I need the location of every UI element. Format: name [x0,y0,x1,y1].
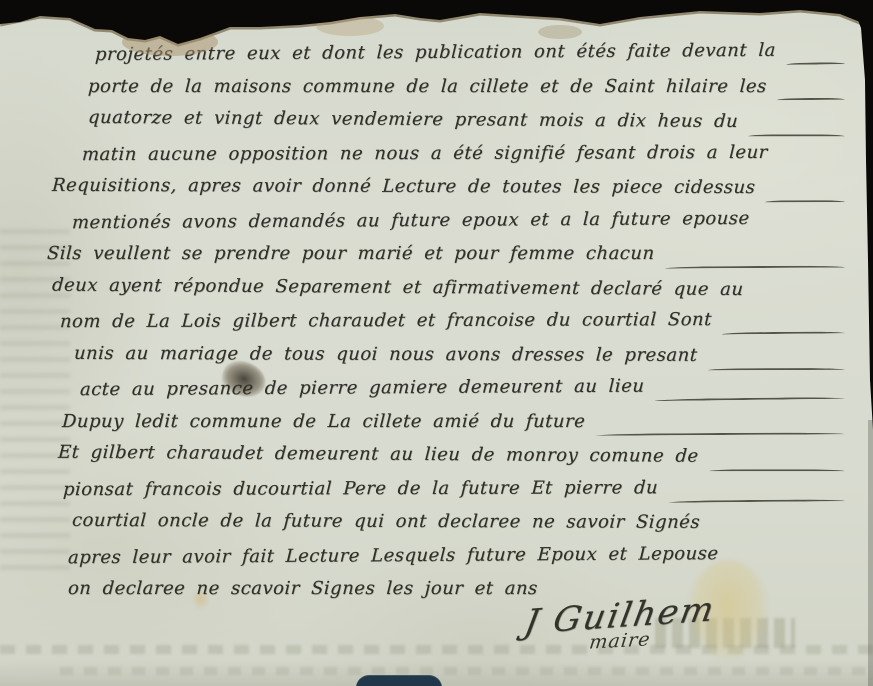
line-filler-dash [668,498,845,502]
manuscript-line-text: nom de La Lois gilbert charaudet et fran… [59,309,712,332]
manuscript-line: matin aucune opposition ne nous a été si… [0,141,847,177]
torn-paper-flap-3 [538,25,582,39]
manuscript-line-text: quatorze et vingt deux vendemiere presan… [87,107,738,132]
manuscript-line-text: mentionés avons demandés au future epoux… [71,207,750,232]
manuscript-line: Sils veullent se prendre pour marié et p… [0,243,847,277]
manuscript-line: projetés entre eux et dont les publicati… [0,39,847,78]
manuscript-line: Dupuy ledit commune de La cillete amié d… [0,411,847,445]
manuscript-line-text: Et gilbert charaudet demeurent au lieu d… [57,442,699,467]
manuscript-line: porte de la maisons commune de la cillet… [0,76,847,110]
manuscript-line-text: deux ayent répondue Separement et afirma… [51,274,744,299]
torn-paper-flap-2 [316,16,384,36]
line-filler-dash [655,396,846,400]
manuscript-line-text: pionsat francois ducourtial Pere de la f… [62,477,658,500]
manuscript-line: acte au presance de pierre gamiere demeu… [0,374,847,413]
line-filler-dash [786,62,845,65]
line-filler-dash [595,432,845,436]
manuscript-line: Et gilbert charaudet demeurent au lieu d… [0,441,847,480]
register-scan-page: projetés entre eux et dont les publicati… [0,0,873,686]
line-filler-dash [709,469,845,471]
line-filler-dash [708,367,845,369]
manuscript-line-text: porte de la maisons commune de la cillet… [87,76,767,97]
manuscript-line-text: unis au mariage de tous quoi nous avons … [73,342,698,365]
line-filler-dash [765,200,845,202]
manuscript-text-block: projetés entre eux et dont les publicati… [0,42,873,612]
manuscript-line-text: on declaree ne scavoir Signes les jour e… [67,578,538,599]
manuscript-line: mentionés avons demandés au future epoux… [0,207,847,246]
dark-top-edge [0,0,873,44]
bleedthrough-bottom-line-2 [60,667,873,675]
manuscript-line: pionsat francois ducourtial Pere de la f… [0,476,847,512]
manuscript-line: quatorze et vingt deux vendemiere presan… [0,106,847,145]
manuscript-line-text: courtial oncle de la future qui ont decl… [71,510,700,533]
manuscript-line-text: matin aucune opposition ne nous a été si… [81,141,768,164]
line-filler-dash [665,265,845,268]
manuscript-line-text: Dupuy ledit commune de La cillete amié d… [61,411,585,432]
manuscript-lines: projetés entre eux et dont les publicati… [0,42,847,612]
torn-edge-brown-rim [0,10,873,44]
manuscript-line: deux ayent répondue Separement et afirma… [0,274,847,313]
signature-block: J Guilhem maire [470,596,770,652]
manuscript-line: apres leur avoir fait Lecture Lesquels f… [0,542,847,581]
manuscript-line: unis au mariage de tous quoi nous avons … [0,342,847,378]
manuscript-line-text: Sils veullent se prendre pour marié et p… [46,243,655,264]
manuscript-line-text: Requisitions, apres avoir donné Lecture … [51,175,756,198]
line-filler-dash [722,331,845,334]
manuscript-line: Requisitions, apres avoir donné Lecture … [0,175,847,211]
line-filler-dash [748,134,845,136]
manuscript-line: nom de La Lois gilbert charaudet et fran… [0,309,847,345]
manuscript-line-text: acte au presance de pierre gamiere demeu… [79,376,644,401]
line-filler-dash [777,98,845,100]
manuscript-line-text: apres leur avoir fait Lecture Lesquels f… [67,543,719,568]
bottom-overlay-button[interactable] [356,675,442,686]
manuscript-line: courtial oncle de la future qui ont decl… [0,510,847,546]
manuscript-line-text: projetés entre eux et dont les publicati… [94,40,776,65]
